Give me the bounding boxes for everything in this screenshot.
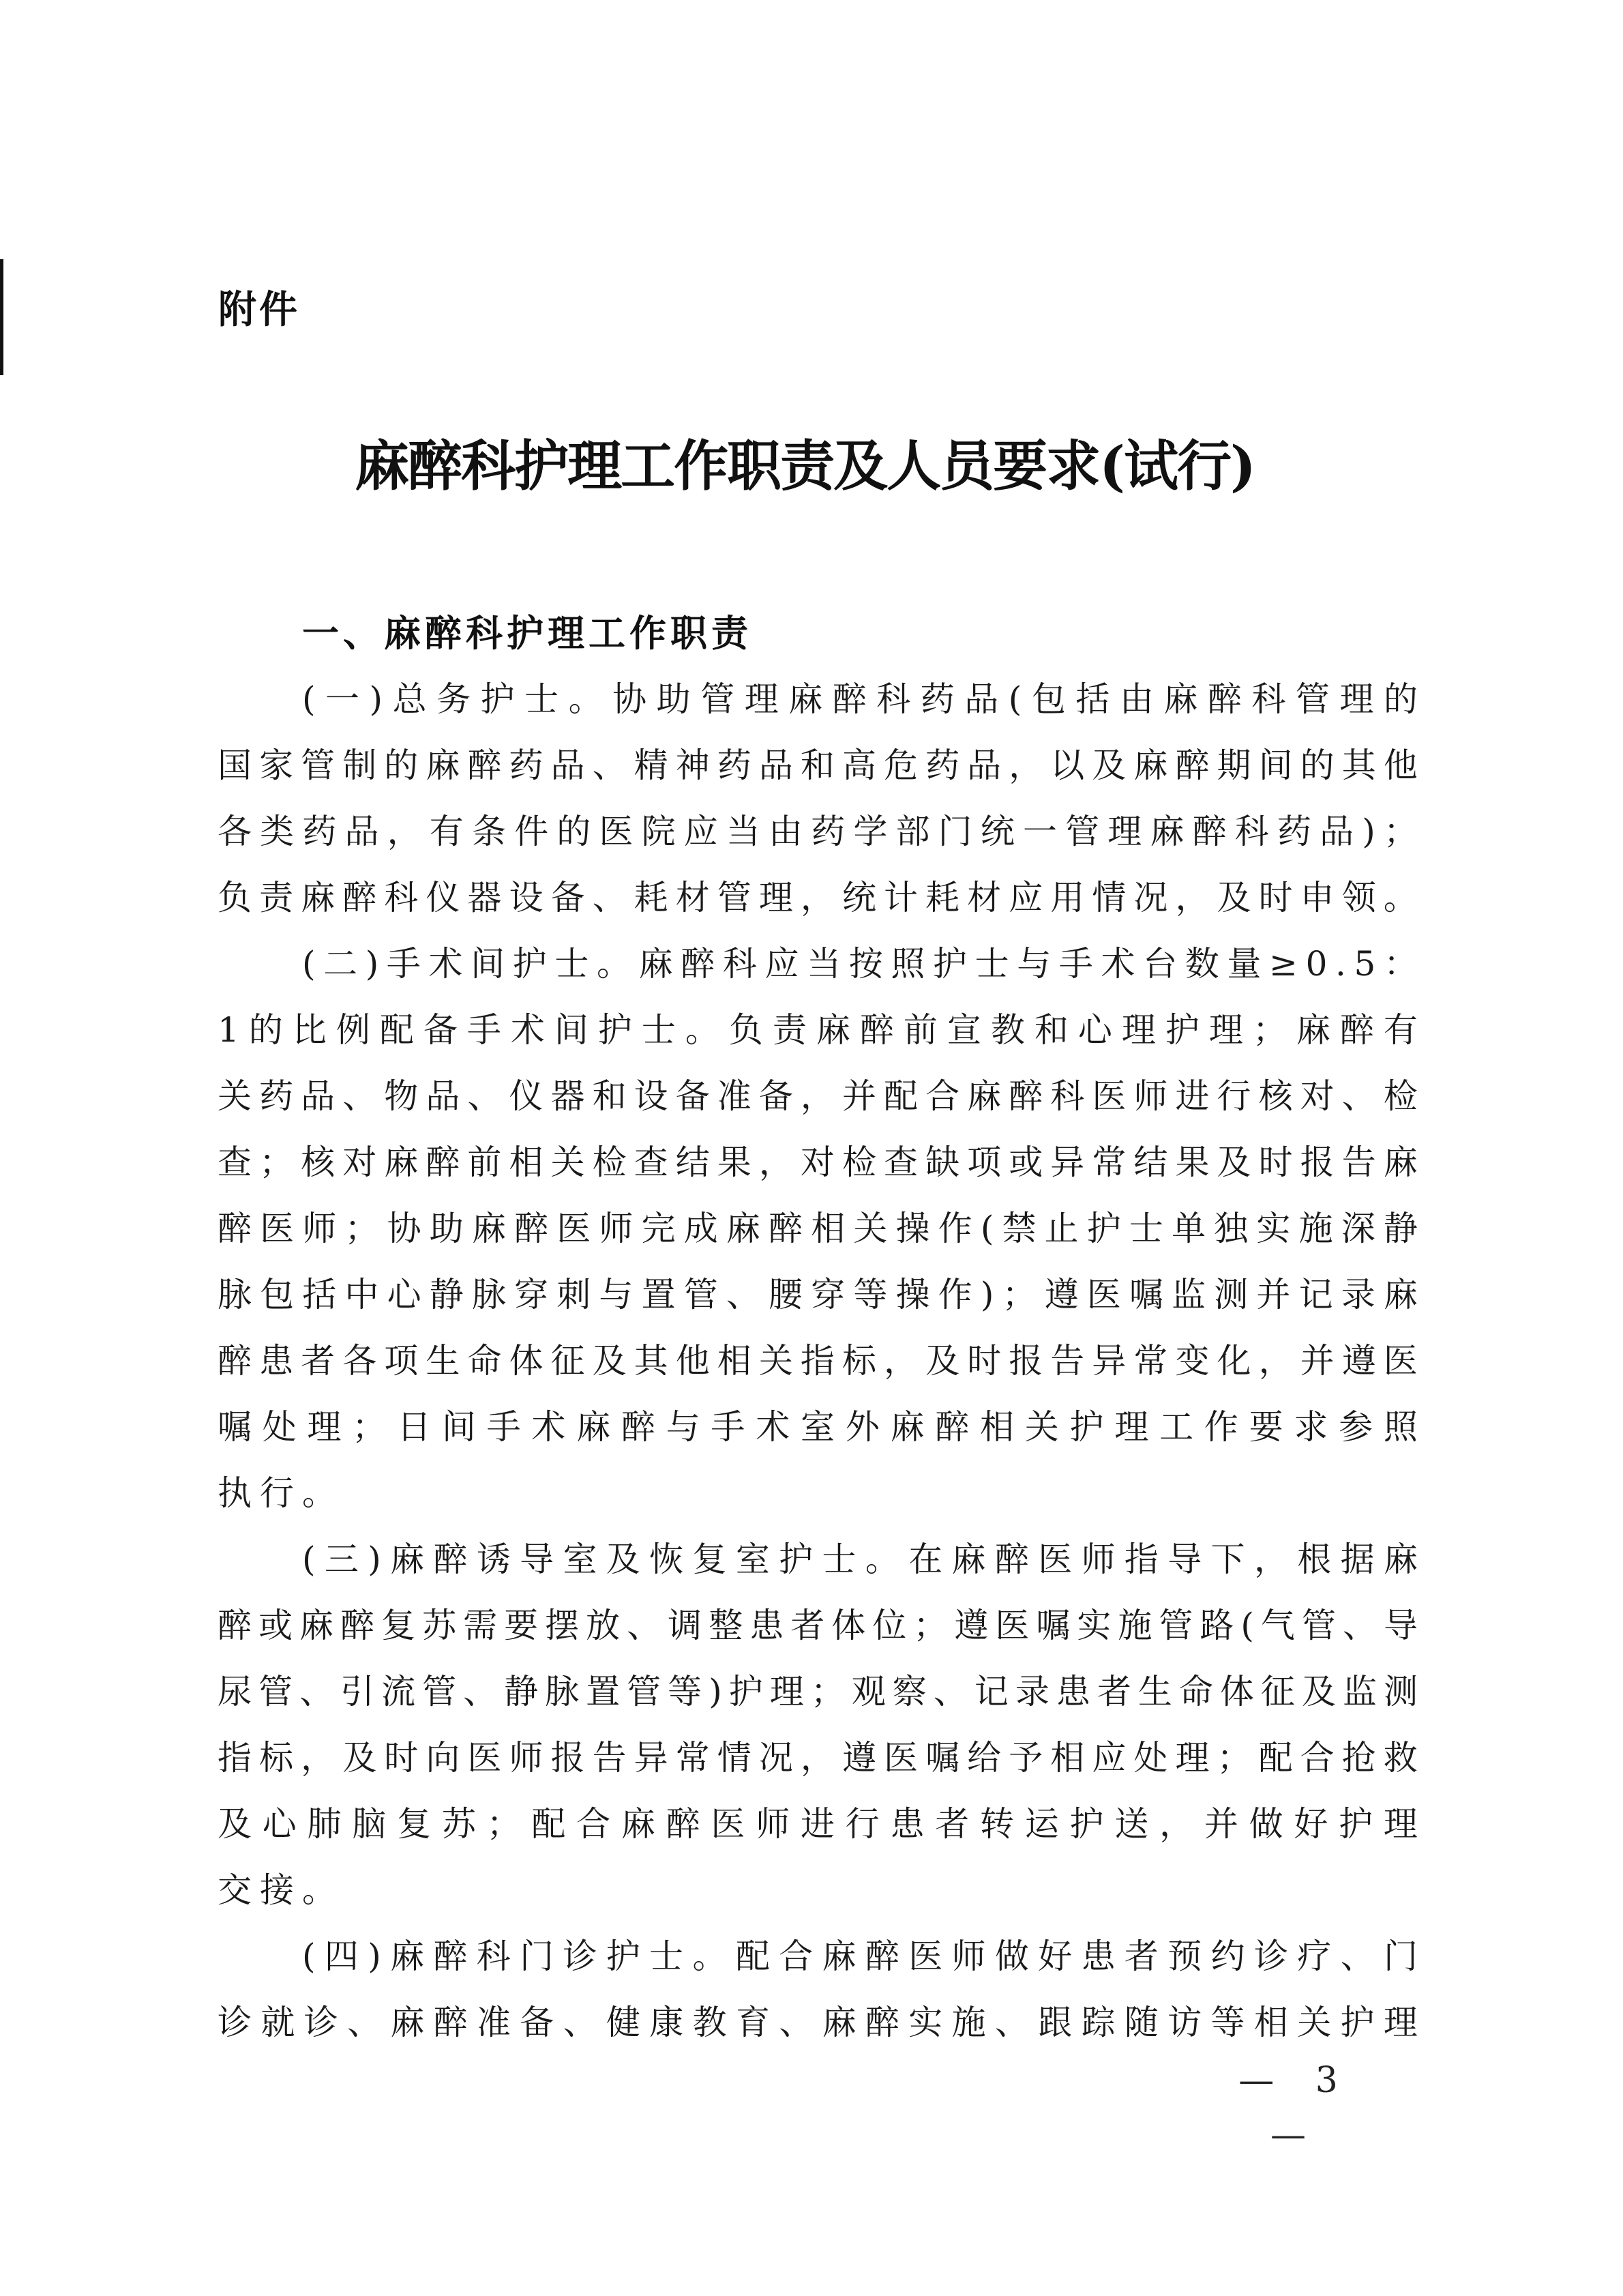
glyph: 麻 — [390, 1924, 424, 1990]
glyph: 、 — [299, 1659, 333, 1725]
glyph: 手 — [711, 1394, 745, 1460]
glyph: 量 — [1227, 931, 1261, 997]
glyph: 就 — [260, 1990, 295, 2056]
glyph: 、 — [1341, 1924, 1375, 1990]
glyph: 士 — [524, 666, 559, 733]
glyph: 独 — [1214, 1196, 1248, 1262]
glyph: ( — [302, 931, 316, 997]
glyph: 止 — [1045, 1196, 1079, 1262]
glyph: 材 — [967, 865, 1001, 931]
glyph: 静 — [1384, 1196, 1418, 1262]
glyph: 麻 — [639, 931, 673, 997]
glyph: 麻 — [822, 1990, 857, 2056]
glyph: 对 — [342, 1130, 376, 1196]
glyph: 有 — [430, 799, 464, 865]
glyph: 器 — [467, 865, 501, 931]
glyph: 处 — [263, 1394, 297, 1460]
glyph: 应 — [765, 931, 799, 997]
glyph: ： — [1384, 931, 1418, 997]
glyph: 5 — [1354, 931, 1376, 997]
glyph: 其 — [634, 1328, 668, 1394]
glyph: 品 — [551, 733, 585, 799]
glyph: ( — [1240, 1593, 1254, 1659]
glyph: 品 — [759, 733, 793, 799]
glyph: 1 — [218, 997, 239, 1063]
glyph: 醉 — [1193, 799, 1227, 865]
attachment-label: 附件 — [218, 286, 300, 334]
glyph: 师 — [509, 1725, 543, 1791]
document-body: 一、麻醉科护理工作职责 (一)总务护士。协助管理麻醉科药品(包括由麻醉科管理的 … — [218, 600, 1418, 2056]
glyph: 诊 — [218, 1990, 252, 2056]
glyph: 命 — [467, 1328, 501, 1394]
glyph: 结 — [676, 1130, 710, 1196]
glyph: 缺 — [925, 1130, 959, 1196]
glyph: 括 — [1075, 666, 1110, 733]
glyph: 脑 — [352, 1791, 386, 1857]
glyph: 异 — [634, 1725, 668, 1791]
glyph: ≥ — [1269, 931, 1298, 997]
glyph: 、 — [342, 1063, 376, 1130]
section-heading: 一、麻醉科护理工作职责 — [218, 600, 1418, 666]
glyph: 术 — [511, 997, 545, 1063]
glyph: 生 — [426, 1328, 460, 1394]
glyph: 护 — [513, 931, 547, 997]
glyph: 者 — [1125, 1924, 1159, 1990]
glyph: 科 — [876, 666, 910, 733]
glyph: 负 — [218, 865, 252, 931]
glyph: 脉 — [218, 1262, 252, 1328]
glyph: 药 — [259, 1063, 293, 1130]
glyph: 告 — [1342, 1130, 1376, 1196]
glyph: 麻 — [299, 1593, 333, 1659]
glyph: 各 — [218, 799, 252, 865]
glyph: 及 — [925, 1328, 959, 1394]
glyph: 、 — [1343, 1593, 1377, 1659]
glyph: 康 — [649, 1990, 683, 2056]
glyph: 者 — [1097, 1659, 1131, 1725]
glyph: 术 — [531, 1394, 565, 1460]
glyph: 流 — [381, 1659, 415, 1725]
glyph: 与 — [666, 1394, 700, 1460]
glyph: 麻 — [822, 1924, 857, 1990]
glyph: 间 — [554, 997, 589, 1063]
glyph: 嘱 — [1036, 1593, 1070, 1659]
glyph: 生 — [1138, 1659, 1172, 1725]
glyph: 配 — [1259, 1725, 1293, 1791]
glyph: ， — [387, 799, 421, 865]
glyph: 完 — [642, 1196, 676, 1262]
glyph: 患 — [749, 1593, 784, 1659]
glyph: 麻 — [621, 1791, 655, 1857]
glyph: 情 — [1092, 865, 1126, 931]
glyph: 置 — [642, 1262, 676, 1328]
glyph: 药 — [509, 733, 543, 799]
glyph: 士 — [1129, 1196, 1163, 1262]
glyph: 由 — [1120, 666, 1154, 733]
glyph: 配 — [736, 1924, 770, 1990]
glyph: 配 — [531, 1791, 565, 1857]
glyph: 记 — [1299, 1262, 1333, 1328]
glyph: ) — [981, 1262, 994, 1328]
glyph: 报 — [1009, 1328, 1043, 1394]
glyph: 者 — [935, 1791, 969, 1857]
glyph: 和 — [593, 1063, 627, 1130]
glyph: 门 — [520, 1924, 554, 1990]
document-title-text: 麻醉科护理工作职责及人员要求(试行) — [355, 428, 1255, 503]
paragraph-line: 尿管、引流管、静脉置管等)护理；观察、记录患者生命体征及监测 — [218, 1659, 1418, 1725]
glyph: 护 — [1339, 1791, 1373, 1857]
glyph: 者 — [790, 1593, 824, 1659]
glyph: 师 — [756, 1791, 790, 1857]
glyph: ( — [302, 1924, 316, 1990]
glyph: 尿 — [218, 1659, 252, 1725]
glyph: 管 — [684, 1262, 718, 1328]
glyph: 理 — [745, 666, 779, 733]
glyph: 放 — [586, 1593, 620, 1659]
glyph: 仪 — [509, 1063, 543, 1130]
glyph: 关 — [759, 1328, 793, 1394]
paragraph-line: (三)麻醉诱导室及恢复室护士。在麻醉医师指导下，根据麻 — [218, 1527, 1418, 1593]
glyph: 。 — [692, 1924, 726, 1990]
glyph: 关 — [218, 1063, 252, 1130]
glyph: 果 — [1175, 1130, 1209, 1196]
glyph: 麻 — [967, 1063, 1001, 1130]
glyph: ； — [1002, 1262, 1036, 1328]
glyph: 恢 — [649, 1527, 683, 1593]
glyph: ( — [302, 1527, 316, 1593]
glyph: ) — [366, 931, 379, 997]
glyph: 管 — [717, 865, 751, 931]
glyph: 复 — [397, 1791, 431, 1857]
glyph: 查 — [884, 1130, 918, 1196]
glyph: 体 — [1220, 1659, 1254, 1725]
glyph: 按 — [849, 931, 883, 997]
glyph: 心 — [263, 1791, 297, 1857]
glyph: 类 — [260, 799, 294, 865]
glyph: ， — [1159, 1791, 1193, 1857]
paragraph-line: 关药品、物品、仪器和设备准备，并配合麻醉科医师进行核对、检 — [218, 1063, 1418, 1130]
glyph: 、 — [593, 865, 627, 931]
glyph: 救 — [1384, 1725, 1418, 1791]
glyph: 、 — [726, 1262, 760, 1328]
glyph: 麻 — [1163, 666, 1197, 733]
glyph: 前 — [467, 1130, 501, 1196]
glyph: 时 — [1259, 865, 1293, 931]
glyph: 、 — [563, 1990, 597, 2056]
glyph: 师 — [952, 1924, 986, 1990]
glyph: 理 — [759, 865, 793, 931]
glyph: 。 — [685, 997, 719, 1063]
glyph: 关 — [1025, 1394, 1059, 1460]
glyph: 国 — [218, 733, 252, 799]
glyph: 申 — [1300, 865, 1335, 931]
glyph: 管 — [627, 1659, 661, 1725]
glyph: 的 — [249, 997, 283, 1063]
glyph: 要 — [504, 1593, 538, 1659]
glyph: 并 — [1300, 1328, 1335, 1394]
glyph: 及 — [1217, 865, 1251, 931]
glyph: 品 — [964, 666, 998, 733]
glyph: 心 — [1078, 997, 1112, 1063]
glyph: 教 — [991, 997, 1025, 1063]
glyph: 助 — [657, 666, 691, 733]
glyph: 及 — [1302, 1659, 1336, 1725]
glyph: 路 — [1200, 1593, 1234, 1659]
glyph: 在 — [908, 1527, 942, 1593]
glyph: ， — [1009, 733, 1043, 799]
glyph: 查 — [634, 1130, 668, 1196]
glyph: 管 — [700, 666, 734, 733]
glyph: 科 — [477, 1924, 511, 1990]
glyph: 随 — [1125, 1990, 1159, 2056]
glyph: 麻 — [301, 865, 335, 931]
glyph: 药 — [1277, 799, 1311, 865]
glyph: 理 — [1114, 1394, 1148, 1460]
glyph: 对 — [1300, 1063, 1335, 1130]
glyph: 管 — [1159, 1593, 1193, 1659]
glyph: 摆 — [545, 1593, 579, 1659]
paragraph-line: 交接。 — [218, 1857, 1418, 1924]
glyph: 和 — [1034, 997, 1069, 1063]
glyph: ) — [368, 1924, 381, 1990]
glyph: 录 — [1341, 1262, 1375, 1328]
glyph: 处 — [1133, 1725, 1167, 1791]
glyph: 总 — [393, 666, 427, 733]
glyph: 苏 — [442, 1791, 476, 1857]
glyph: 配 — [884, 1063, 918, 1130]
glyph: 诊 — [563, 1924, 597, 1990]
glyph: 他 — [1384, 733, 1418, 799]
glyph: 诱 — [477, 1527, 511, 1593]
glyph: 及 — [606, 1527, 640, 1593]
paragraph-line: 指标，及时向医师报告异常情况，遵医嘱给予相应处理；配合抢救 — [218, 1725, 1418, 1791]
glyph: 静 — [430, 1262, 464, 1328]
glyph: 他 — [676, 1328, 710, 1394]
glyph: 护 — [933, 931, 967, 997]
glyph: 关 — [853, 1196, 887, 1262]
document-title: 麻醉科护理工作职责及人员要求(试行) — [0, 428, 1623, 503]
glyph: 时 — [1259, 1130, 1293, 1196]
glyph: 醉 — [218, 1196, 252, 1262]
paragraph-operating-room-nurse: (二)手术间护士。麻醉科应当按照护士与手术台数量≥0.5： 1的比例配备手术间护… — [218, 931, 1418, 1527]
glyph: 或 — [1009, 1130, 1043, 1196]
glyph: 嘱 — [1129, 1262, 1163, 1328]
glyph: 药 — [302, 799, 336, 865]
paragraph-line: 醉患者各项生命体征及其他相关指标，及时报告异常变化，并遵医 — [218, 1328, 1418, 1394]
glyph: ( — [302, 666, 316, 733]
glyph: ， — [301, 1725, 335, 1791]
glyph: 醉 — [666, 1791, 700, 1857]
glyph: 协 — [387, 1196, 421, 1262]
glyph: 理 — [1384, 1791, 1418, 1857]
glyph: 备 — [551, 865, 585, 931]
glyph: 报 — [551, 1725, 585, 1791]
glyph: 、 — [1342, 1063, 1376, 1130]
glyph: 麻 — [816, 997, 850, 1063]
glyph: 静 — [504, 1659, 538, 1725]
glyph: 准 — [477, 1990, 511, 2056]
glyph: 并 — [1256, 1262, 1290, 1328]
glyph: 门 — [938, 799, 972, 865]
glyph: 及 — [342, 1725, 376, 1791]
glyph: 施 — [1118, 1593, 1152, 1659]
glyph: 等 — [668, 1659, 702, 1725]
glyph: 理 — [1384, 1990, 1418, 2056]
glyph: 、 — [995, 1990, 1029, 2056]
glyph: 医 — [260, 1196, 294, 1262]
glyph: 士 — [649, 1924, 683, 1990]
glyph: 禁 — [1002, 1196, 1036, 1262]
glyph: 助 — [430, 1196, 464, 1262]
glyph: 征 — [551, 1328, 585, 1394]
glyph: 醉 — [340, 1593, 374, 1659]
glyph: 家 — [259, 733, 293, 799]
glyph: 士 — [554, 931, 589, 997]
glyph: 需 — [463, 1593, 497, 1659]
glyph: 并 — [842, 1063, 876, 1130]
glyph: 护 — [1087, 1196, 1121, 1262]
glyph: 手 — [1059, 931, 1093, 997]
glyph: 麻 — [890, 1394, 924, 1460]
glyph: ) — [370, 666, 383, 733]
glyph: 务 — [436, 666, 471, 733]
glyph: 进 — [801, 1791, 835, 1857]
glyph: 及 — [1217, 1130, 1251, 1196]
glyph: 遵 — [842, 1725, 876, 1791]
glyph: 合 — [779, 1924, 813, 1990]
paragraph-line: (四)麻醉科门诊护士。配合麻醉医师做好患者预约诊疗、门 — [218, 1924, 1418, 1990]
glyph: 当 — [807, 931, 841, 997]
glyph: 合 — [1300, 1725, 1335, 1791]
glyph: 三 — [325, 1527, 359, 1593]
glyph: 管 — [1302, 1593, 1336, 1659]
glyph: 药 — [811, 799, 845, 865]
glyph: 醉 — [426, 1130, 460, 1196]
glyph: . — [1335, 931, 1346, 997]
glyph: 责 — [259, 865, 293, 931]
glyph: 麻 — [952, 1527, 986, 1593]
glyph: 整 — [709, 1593, 743, 1659]
glyph: 、 — [347, 1990, 381, 2056]
glyph: 护 — [729, 1659, 763, 1725]
glyph: 关 — [551, 1130, 585, 1196]
glyph: 科 — [384, 865, 418, 931]
glyph: 给 — [967, 1725, 1001, 1791]
glyph: 醉 — [514, 1196, 548, 1262]
glyph: 期 — [1217, 733, 1251, 799]
glyph: 士 — [975, 931, 1009, 997]
glyph: 材 — [676, 865, 710, 931]
glyph: 耗 — [634, 865, 668, 931]
glyph: 危 — [884, 733, 918, 799]
glyph: 调 — [668, 1593, 702, 1659]
glyph: 相 — [811, 1196, 845, 1262]
glyph: 、 — [934, 1659, 968, 1725]
glyph: 引 — [340, 1659, 374, 1725]
paragraph-line: (二)手术间护士。麻醉科应当按照护士与手术台数量≥0.5： — [218, 931, 1418, 997]
glyph: 室 — [563, 1527, 597, 1593]
glyph: 仪 — [426, 865, 460, 931]
glyph: 、 — [467, 1063, 501, 1130]
glyph: 护 — [1341, 1990, 1375, 2056]
glyph: 导 — [520, 1527, 554, 1593]
glyph: 学 — [853, 799, 887, 865]
glyph: 麻 — [390, 1990, 424, 2056]
glyph: 行 — [846, 1791, 880, 1857]
glyph: 护 — [481, 666, 515, 733]
glyph: 向 — [426, 1725, 460, 1791]
glyph: 护 — [598, 997, 632, 1063]
glyph: 时 — [384, 1725, 418, 1791]
glyph: 醉 — [342, 865, 376, 931]
glyph: 位 — [872, 1593, 906, 1659]
glyph: 麻 — [1296, 997, 1330, 1063]
glyph: 和 — [801, 733, 835, 799]
glyph: 当 — [726, 799, 760, 865]
glyph: 室 — [801, 1394, 835, 1460]
glyph: 进 — [1175, 1063, 1209, 1130]
glyph: 对 — [801, 1130, 835, 1196]
glyph: 相 — [980, 1394, 1014, 1460]
glyph: 中 — [344, 1262, 378, 1328]
scan-edge-mark — [0, 259, 3, 375]
glyph: 理 — [770, 1659, 804, 1725]
glyph: 常 — [676, 1725, 710, 1791]
glyph: 施 — [1299, 1196, 1333, 1262]
glyph: 术 — [1101, 931, 1135, 997]
glyph: 监 — [1343, 1659, 1377, 1725]
glyph: 检 — [842, 1130, 876, 1196]
glyph: 相 — [509, 1130, 543, 1196]
glyph: 作 — [938, 1196, 972, 1262]
glyph: 条 — [472, 799, 506, 865]
glyph: 统 — [842, 865, 876, 931]
glyph: ； — [352, 1394, 386, 1460]
glyph: 麻 — [426, 733, 460, 799]
glyph: 术 — [429, 931, 463, 997]
glyph: 察 — [893, 1659, 927, 1725]
glyph: 物 — [384, 1063, 418, 1130]
glyph: 前 — [904, 997, 938, 1063]
glyph: 实 — [1256, 1196, 1290, 1262]
glyph: ； — [1253, 997, 1287, 1063]
glyph: 相 — [717, 1328, 751, 1394]
glyph: 手 — [387, 931, 421, 997]
glyph: 要 — [1249, 1394, 1283, 1460]
glyph: 醉 — [433, 1527, 467, 1593]
glyph: 日 — [397, 1394, 431, 1460]
glyph: 者 — [301, 1328, 335, 1394]
glyph: 导 — [1384, 1593, 1418, 1659]
glyph: 命 — [1179, 1659, 1213, 1725]
glyph: 醉 — [467, 733, 501, 799]
glyph: 深 — [1341, 1196, 1375, 1262]
glyph: 核 — [301, 1130, 335, 1196]
glyph: 。 — [865, 1527, 899, 1593]
glyph: 及 — [218, 1791, 252, 1857]
glyph: 单 — [1172, 1196, 1206, 1262]
glyph: ； — [259, 1130, 293, 1196]
glyph: 部 — [896, 799, 930, 865]
glyph: 管 — [258, 1659, 293, 1725]
paragraph-line: 各类药品，有条件的医院应当由药学部门统一管理麻醉科药品)； — [218, 799, 1418, 865]
glyph: 予 — [1009, 1725, 1043, 1791]
glyph: 麻 — [1384, 1130, 1418, 1196]
glyph: 约 — [1211, 1924, 1245, 1990]
glyph: 的 — [384, 733, 418, 799]
glyph: 况 — [759, 1725, 793, 1791]
glyph: 术 — [756, 1394, 790, 1460]
